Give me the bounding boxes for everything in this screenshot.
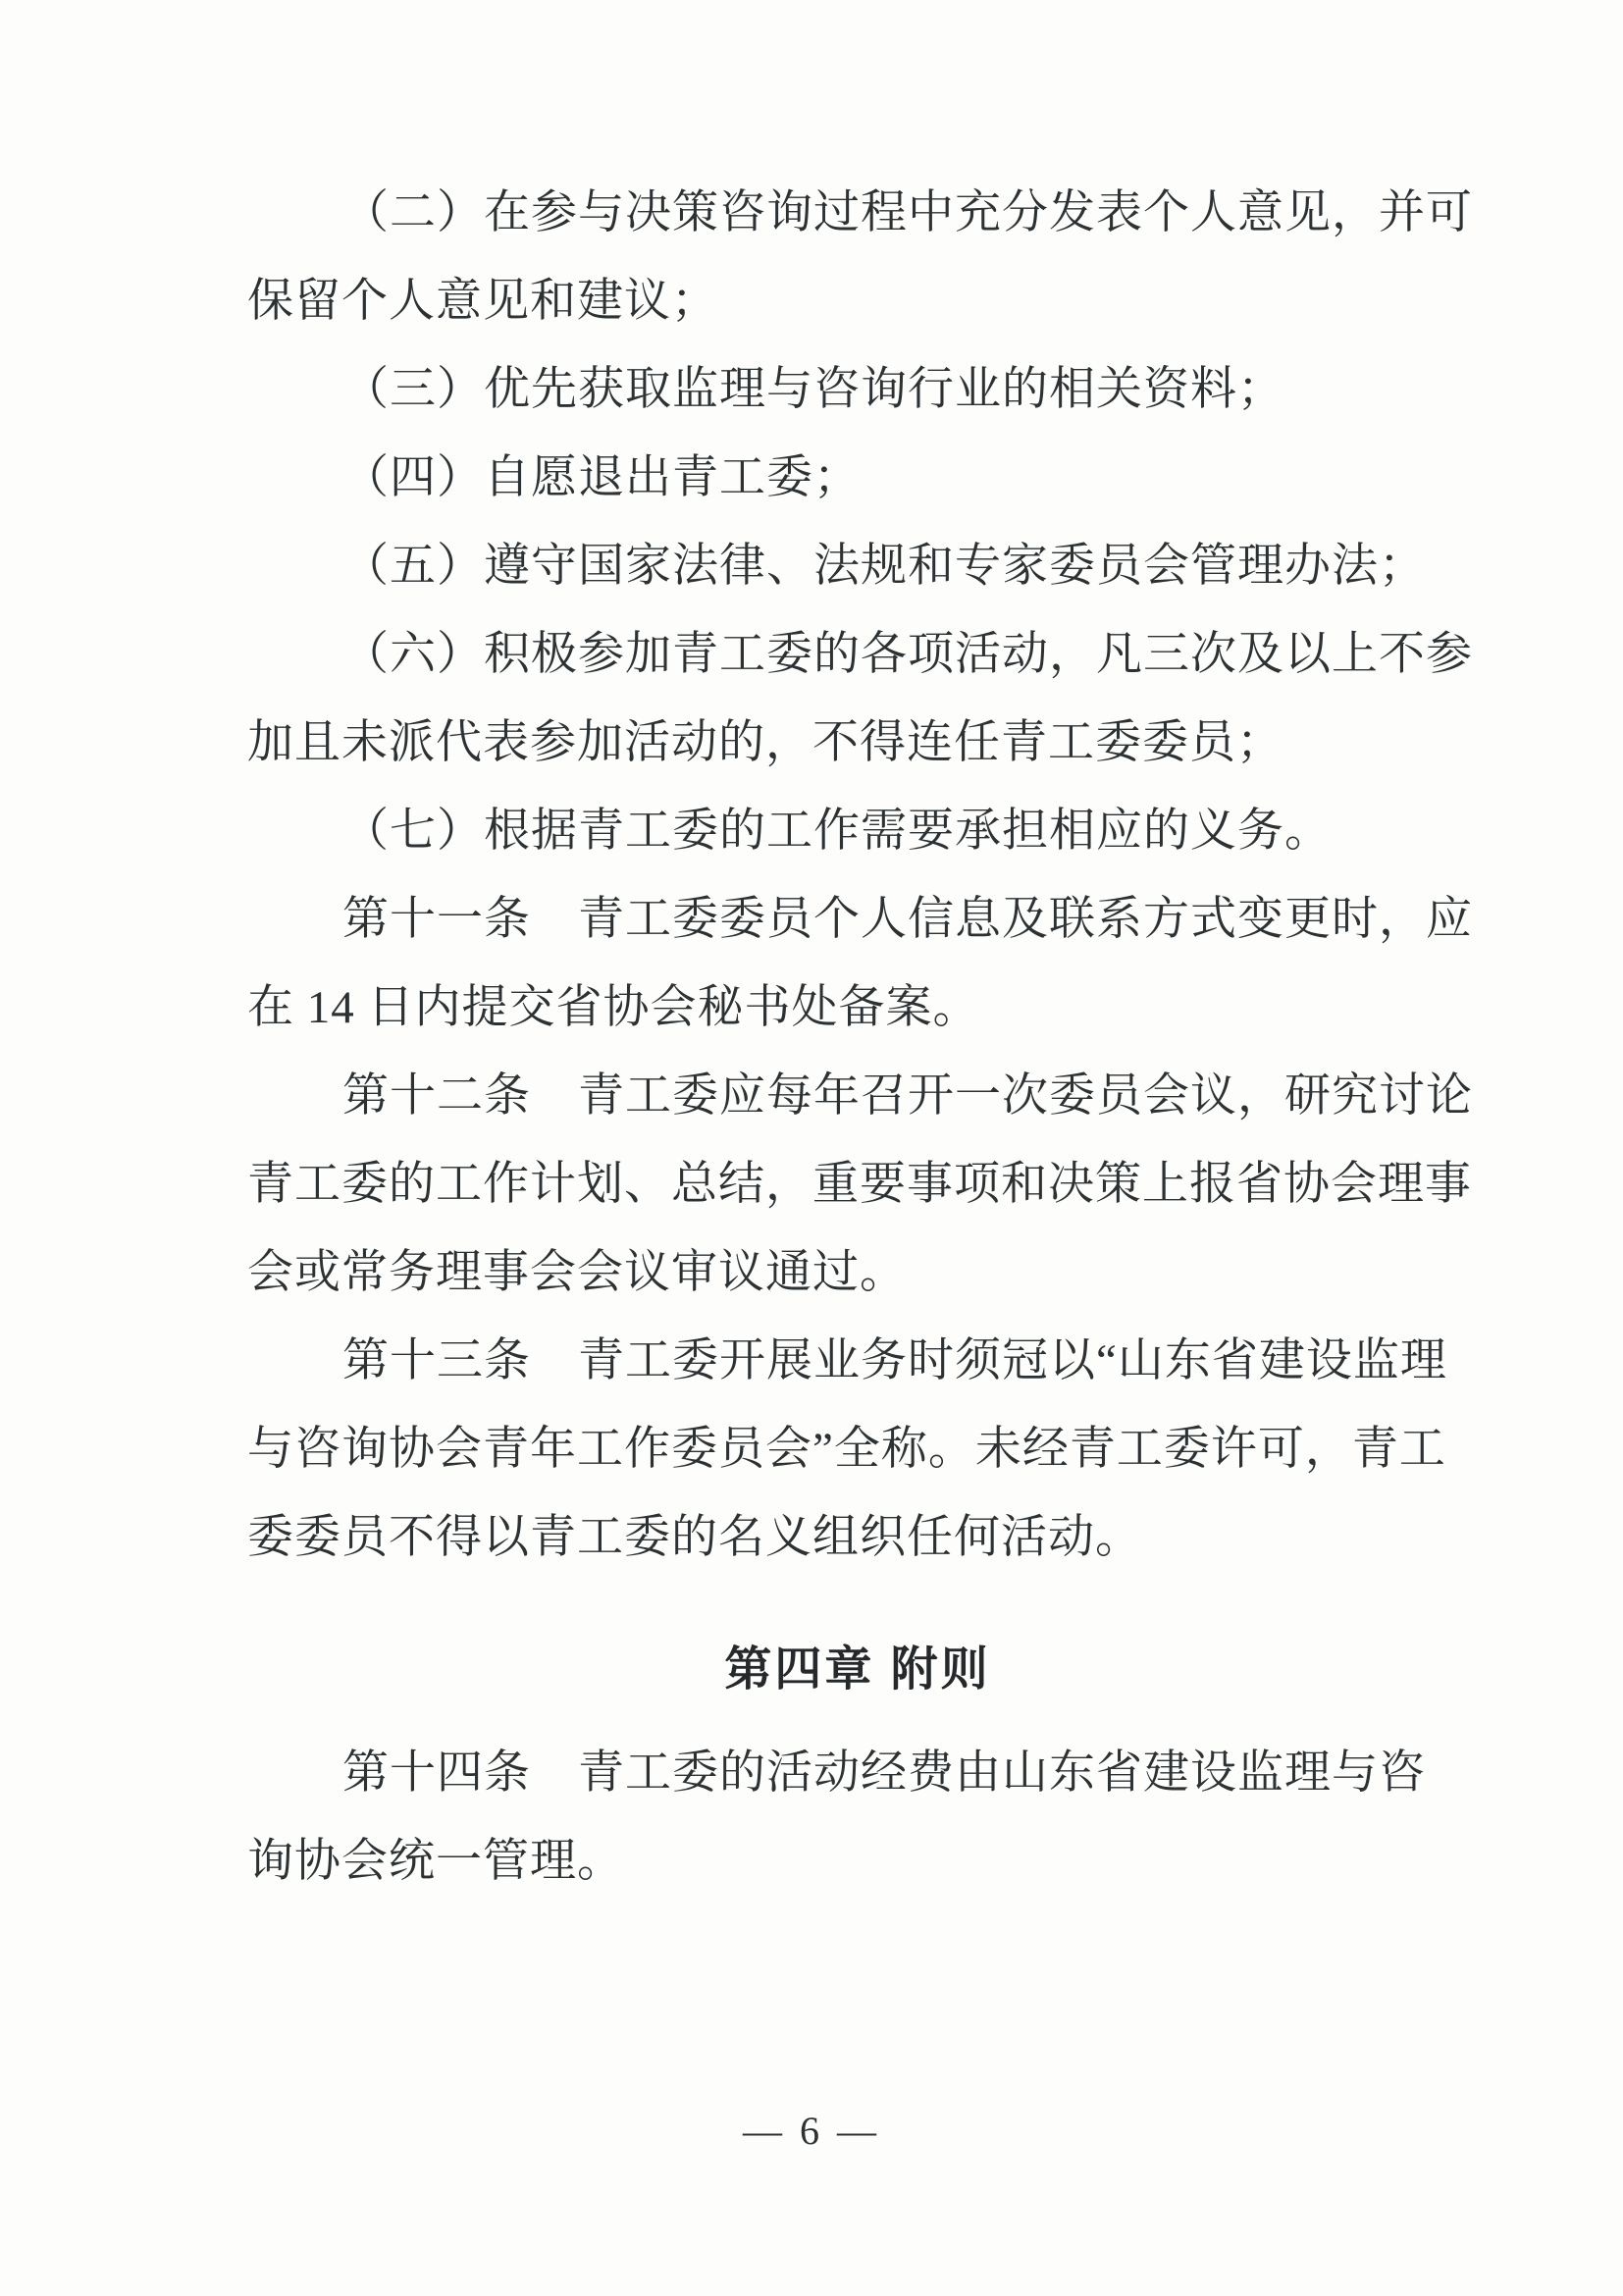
text-line: 第十四条 青工委的活动经费由山东省建设监理与咨 xyxy=(247,1729,1468,1817)
document-body: （二）在参与决策咨询过程中充分发表个人意见，并可 保留个人意见和建议； （三）优… xyxy=(247,169,1468,1905)
text-line: （五）遵守国家法律、法规和专家委员会管理办法； xyxy=(247,522,1468,610)
text-line: 青工委的工作计划、总结，重要事项和决策上报省协会理事 xyxy=(247,1140,1468,1228)
text-line: （六）积极参加青工委的各项活动，凡三次及以上不参 xyxy=(247,610,1468,699)
text-line: （二）在参与决策咨询过程中充分发表个人意见，并可 xyxy=(247,169,1468,257)
text-line: 加且未派代表参加活动的，不得连任青工委委员； xyxy=(247,699,1468,787)
text-line: 第十二条 青工委应每年召开一次委员会议，研究讨论 xyxy=(247,1052,1468,1140)
text-line: 委委员不得以青工委的名义组织任何活动。 xyxy=(247,1493,1468,1582)
text-line: 第十一条 青工委委员个人信息及联系方式变更时，应 xyxy=(247,875,1468,964)
text-line: （三）优先获取监理与咨询行业的相关资料； xyxy=(247,345,1468,434)
document-page: （二）在参与决策咨询过程中充分发表个人意见，并可 保留个人意见和建议； （三）优… xyxy=(0,0,1623,2296)
chapter-heading: 第四章 附则 xyxy=(247,1623,1468,1717)
text-line: 第十三条 青工委开展业务时须冠以“山东省建设监理 xyxy=(247,1317,1468,1405)
text-line: （四）自愿退出青工委； xyxy=(247,434,1468,522)
text-line: 会或常务理事会会议审议通过。 xyxy=(247,1228,1468,1317)
text-line: 在 14 日内提交省协会秘书处备案。 xyxy=(247,964,1468,1052)
page-number-footer: — 6 — xyxy=(0,2108,1623,2154)
text-line: 询协会统一管理。 xyxy=(247,1817,1468,1905)
text-line: 保留个人意见和建议； xyxy=(247,257,1468,345)
text-line: （七）根据青工委的工作需要承担相应的义务。 xyxy=(247,787,1468,875)
text-line: 与咨询协会青年工作委员会”全称。未经青工委许可，青工 xyxy=(247,1405,1468,1493)
